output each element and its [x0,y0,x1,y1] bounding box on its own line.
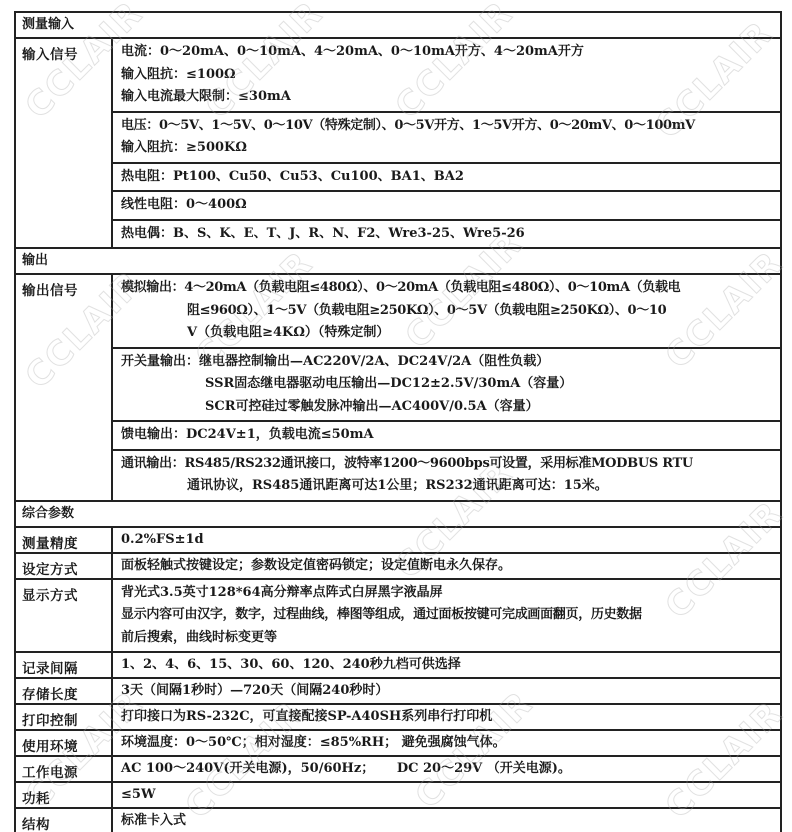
input-signal-content: 电流：0～20mA、0～10mA、4～20mA、0～10mA开方、4～20mA开… [113,39,780,247]
spec-line: 电流：0～20mA、0～10mA、4～20mA、0～10mA开方、4～20mA开… [121,41,774,64]
output-signal-content: 模拟输出：4～20mA（负载电阻≤480Ω）、0～20mA（负载电阻≤480Ω）… [113,275,780,500]
rtd-block: 热电阻：Pt100、Cu50、Cu53、Cu100、BA1、BA2 [113,162,780,191]
row-storage-length: 存储长度 3天（间隔1秒时）—720天（间隔240秒时） [16,677,780,703]
switch-output-block: 开关量输出：继电器控制输出—AC220V/2A、DC24V/2A（阻性负载） S… [113,347,780,421]
spec-line: 输入电流最大限制：≤30mA [121,86,774,109]
row-value: 标准卡入式 [113,809,780,832]
spec-line: SCR可控硅过零触发脉冲输出—AC400V/0.5A（容量） [121,396,774,419]
thermocouple-block: 热电偶：B、S、K、E、T、J、R、N、F2、Wre3-25、Wre5-26 [113,219,780,248]
section-title: 输出 [16,249,48,273]
section-title: 综合参数 [16,502,74,526]
spec-line: 热电偶：B、S、K、E、T、J、R、N、F2、Wre3-25、Wre5-26 [121,223,774,246]
row-label: 输入信号 [16,39,113,247]
row-power-consumption: 功耗 ≤5W [16,781,780,807]
section-title: 测量输入 [16,13,74,37]
row-print-control: 打印控制 打印接口为RS-232C，可直接配接SP-A40SH系列串行打印机 [16,703,780,729]
row-value: 3天（间隔1秒时）—720天（间隔240秒时） [113,679,780,703]
row-label: 工作电源 [16,757,113,781]
row-label: 使用环境 [16,731,113,755]
row-record-interval: 记录间隔 1、2、4、6、15、30、60、120、240秒九档可供选择 [16,651,780,677]
spec-line: 电压：0～5V、1～5V、0～10V（特殊定制）、0～5V开方、1～5V开方、0… [121,115,774,138]
row-value: 前后搜索，曲线时标变更等 [121,627,780,650]
spec-line: SSR固态继电器驱动电压输出—DC12±2.5V/30mA（容量） [121,373,774,396]
row-label: 存储长度 [16,679,113,703]
row-label: 设定方式 [16,554,113,578]
spec-line: 热电阻：Pt100、Cu50、Cu53、Cu100、BA1、BA2 [121,166,774,189]
row-value: 环境温度：0～50℃；相对湿度：≤85%RH； 避免强腐蚀气体。 [113,731,780,755]
row-label: 打印控制 [16,705,113,729]
row-accuracy: 测量精度 0.2%FS±1d [16,526,780,552]
feed-output-block: 馈电输出：DC24V±1，负载电流≤50mA [113,420,780,449]
row-label: 输出信号 [16,275,113,500]
spec-line: 阻≤960Ω）、1～5V（负载电阻≥250KΩ）、0～5V（负载电阻≥250KΩ… [121,300,774,323]
section-header-input: 测量输入 [16,13,780,37]
spec-line: 开关量输出：继电器控制输出—AC220V/2A、DC24V/2A（阻性负载） [121,351,774,374]
spec-line: 通讯协议，RS485通讯距离可达1公里；RS232通讯距离可达：15米。 [121,475,774,498]
row-value: AC 100～240V(开关电源)，50/60Hz； DC 20～29V （开关… [113,757,780,781]
row-label: 显示方式 [16,580,113,652]
row-label: 功耗 [16,783,113,807]
spec-table: 测量输入 输入信号 电流：0～20mA、0～10mA、4～20mA、0～10mA… [14,11,782,832]
voltage-input-block: 电压：0～5V、1～5V、0～10V（特殊定制）、0～5V开方、1～5V开方、0… [113,111,780,162]
row-value: ≤5W [113,783,780,807]
row-display-method: 显示方式 背光式3.5英寸128*64高分辩率点阵式白屏黑字液晶屏 显示内容可由… [16,578,780,652]
row-structure: 结构 标准卡入式 [16,807,780,832]
row-input-signal: 输入信号 电流：0～20mA、0～10mA、4～20mA、0～10mA开方、4～… [16,37,780,247]
row-environment: 使用环境 环境温度：0～50℃；相对湿度：≤85%RH； 避免强腐蚀气体。 [16,729,780,755]
row-value: 背光式3.5英寸128*64高分辩率点阵式白屏黑字液晶屏 [121,582,780,605]
row-label: 测量精度 [16,528,113,552]
row-value: 显示内容可由汉字，数字，过程曲线，棒图等组成，通过面板按键可完成画面翻页，历史数… [121,604,780,627]
spec-line: 输入阻抗：≤100Ω [121,64,774,87]
spec-line: 输入阻抗：≥500KΩ [121,137,774,160]
row-output-signal: 输出信号 模拟输出：4～20mA（负载电阻≤480Ω）、0～20mA（负载电阻≤… [16,273,780,500]
row-value: 打印接口为RS-232C，可直接配接SP-A40SH系列串行打印机 [113,705,780,729]
section-header-general: 综合参数 [16,500,780,526]
row-label: 结构 [16,809,113,832]
analog-output-block: 模拟输出：4～20mA（负载电阻≤480Ω）、0～20mA（负载电阻≤480Ω）… [113,275,780,347]
section-header-output: 输出 [16,247,780,273]
row-value: 0.2%FS±1d [113,528,780,552]
row-value: 1、2、4、6、15、30、60、120、240秒九档可供选择 [113,653,780,677]
row-power-supply: 工作电源 AC 100～240V(开关电源)，50/60Hz； DC 20～29… [16,755,780,781]
row-setting-method: 设定方式 面板轻触式按键设定；参数设定值密码锁定；设定值断电永久保存。 [16,552,780,578]
current-input-block: 电流：0～20mA、0～10mA、4～20mA、0～10mA开方、4～20mA开… [113,39,780,111]
spec-line: 通讯输出：RS485/RS232通讯接口，波特率1200～9600bps可设置，… [121,453,774,476]
row-label: 记录间隔 [16,653,113,677]
spec-line: V（负载电阻≥4KΩ）（特殊定制） [121,322,774,345]
spec-line: 馈电输出：DC24V±1，负载电流≤50mA [121,424,774,447]
comm-output-block: 通讯输出：RS485/RS232通讯接口，波特率1200～9600bps可设置，… [113,449,780,500]
linear-resistance-block: 线性电阻：0～400Ω [113,190,780,219]
spec-line: 模拟输出：4～20mA（负载电阻≤480Ω）、0～20mA（负载电阻≤480Ω）… [121,277,774,300]
row-value: 面板轻触式按键设定；参数设定值密码锁定；设定值断电永久保存。 [113,554,780,578]
spec-line: 线性电阻：0～400Ω [121,194,774,217]
